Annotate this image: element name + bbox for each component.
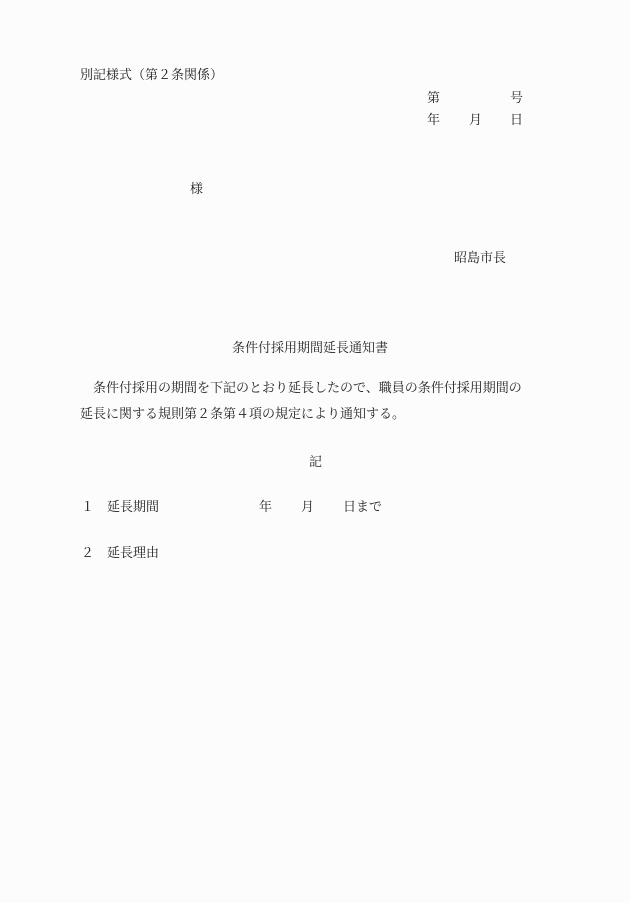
body-line-1: 条件付採用の期間を下記のとおり延長したので、職員の条件付採用期間の bbox=[80, 376, 560, 402]
number-suffix: 号 bbox=[510, 91, 523, 107]
item-day-until: 日まで bbox=[343, 500, 382, 516]
body-text: 条件付採用の期間を下記のとおり延長したので、職員の条件付採用期間の 延長に関する… bbox=[80, 376, 560, 428]
number-prefix: 第 bbox=[427, 91, 440, 107]
item-number: １ bbox=[81, 500, 94, 516]
item-label: 延長理由 bbox=[107, 546, 159, 562]
document-title: 条件付採用期間延長通知書 bbox=[232, 341, 388, 357]
addressee-suffix: 様 bbox=[190, 182, 203, 198]
item-number: ２ bbox=[81, 546, 94, 562]
item-month: 月 bbox=[301, 500, 314, 516]
issuer: 昭島市長 bbox=[454, 251, 506, 267]
form-label: 別記様式（第２条関係） bbox=[80, 68, 223, 84]
item-label: 延長期間 bbox=[107, 500, 159, 516]
item-year: 年 bbox=[259, 500, 272, 516]
note-heading: 記 bbox=[309, 455, 322, 471]
date-day: 日 bbox=[510, 113, 523, 129]
date-month: 月 bbox=[469, 113, 482, 129]
date-year: 年 bbox=[427, 113, 440, 129]
body-line-2: 延長に関する規則第２条第４項の規定により通知する。 bbox=[80, 402, 560, 428]
